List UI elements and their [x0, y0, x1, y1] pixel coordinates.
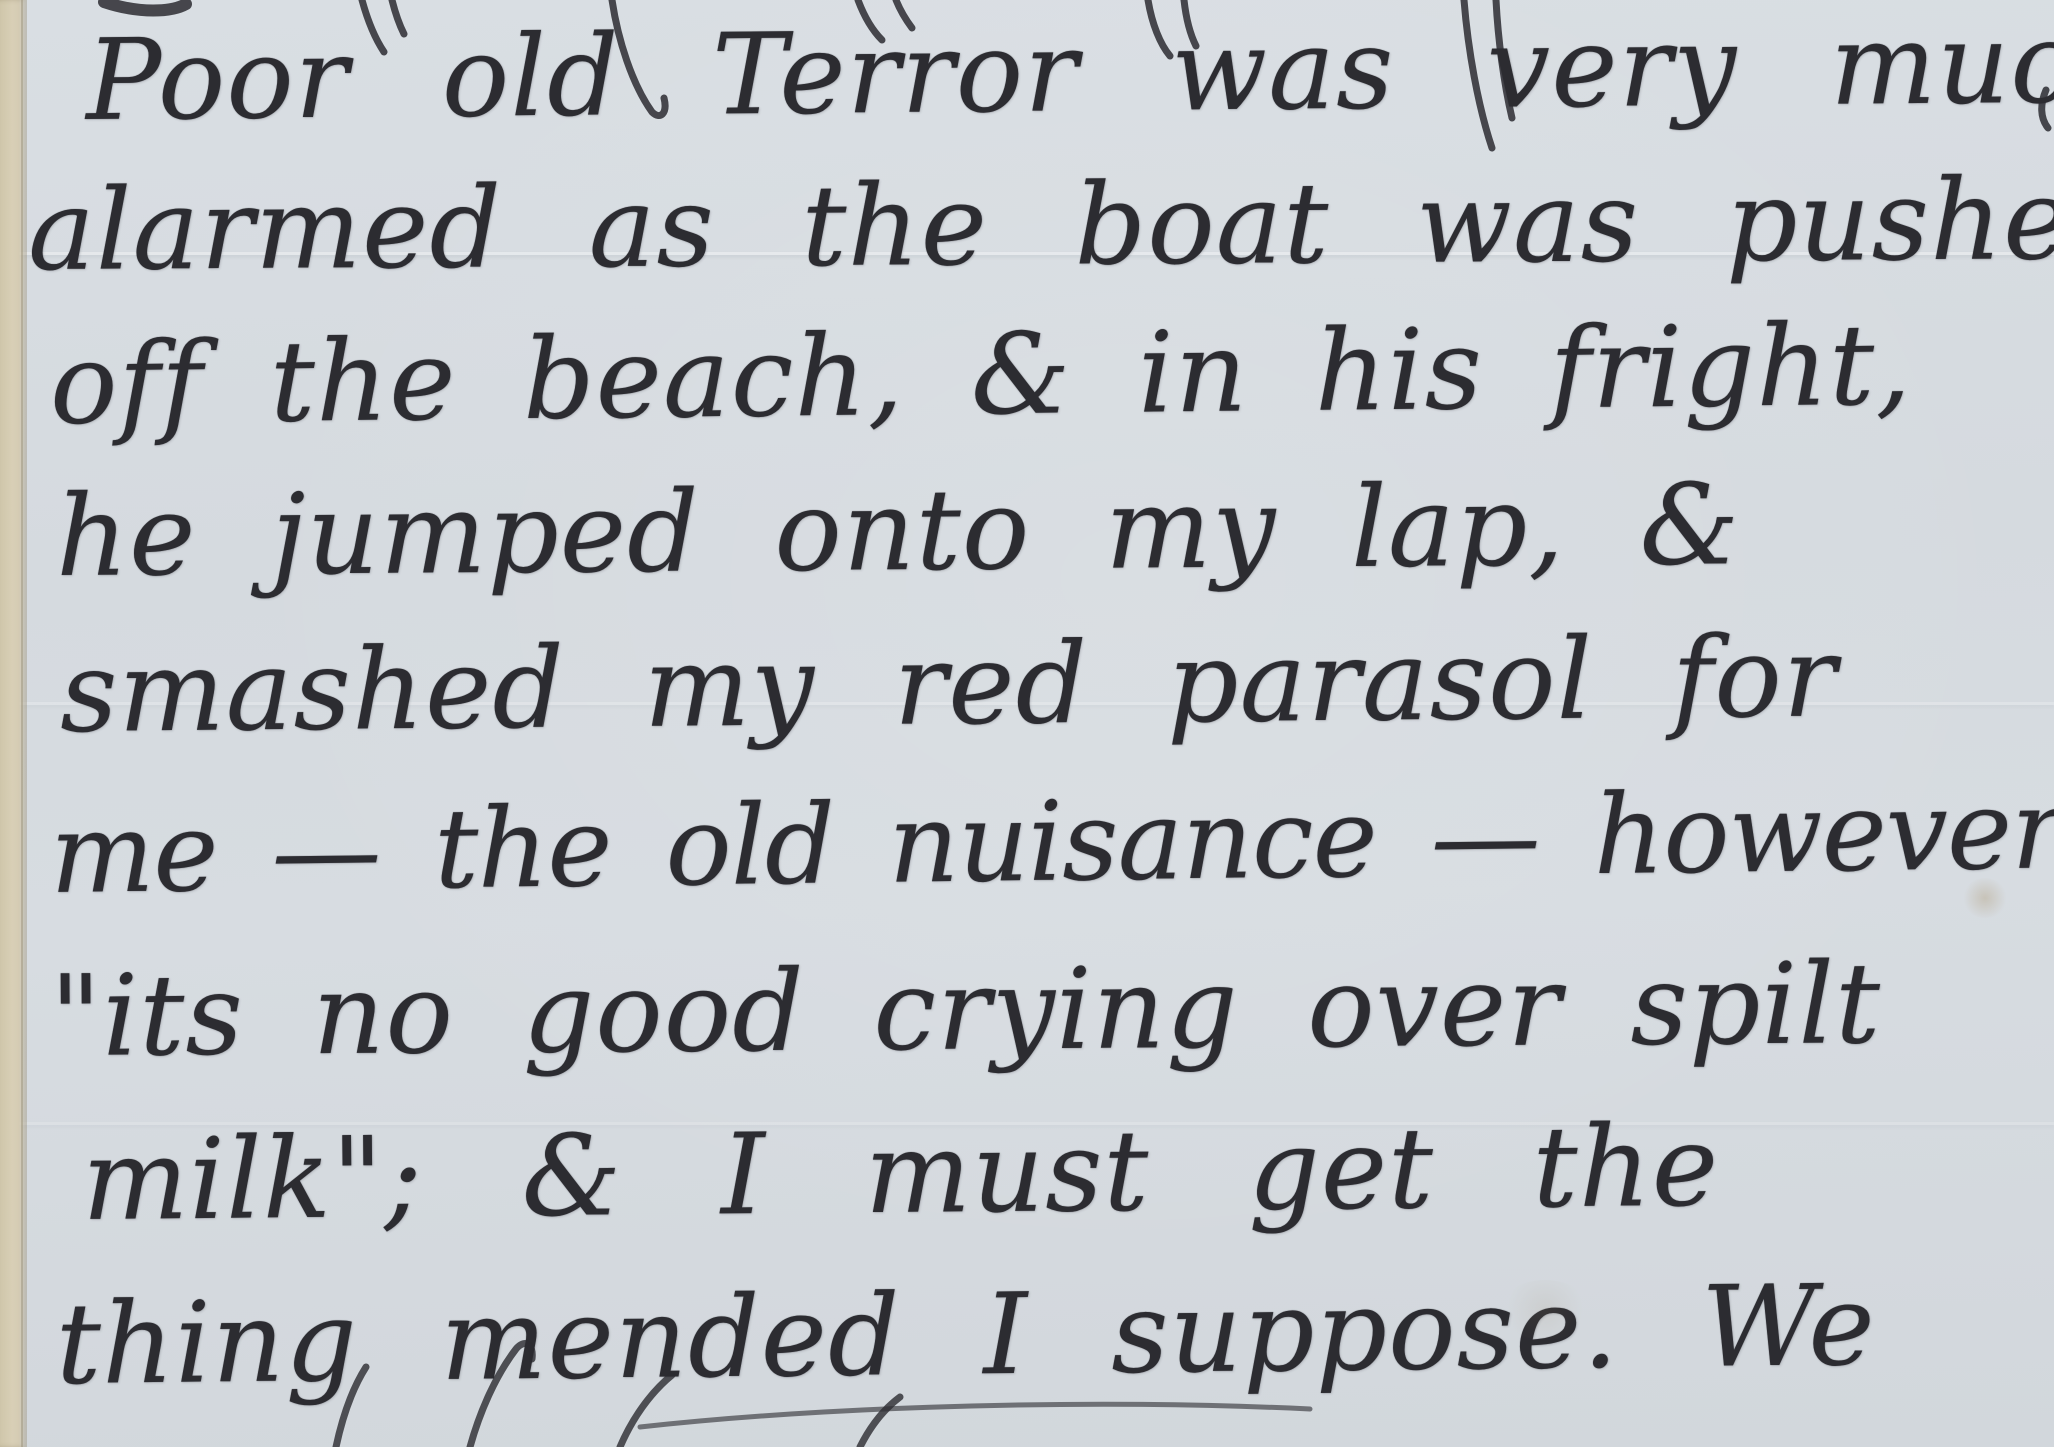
- handwriting-line: smashed my red parasol for: [59, 612, 1837, 758]
- handwriting-line: me — the old nuisance — however: [49, 765, 2054, 918]
- letter-page: Poor old Terror was very much alarmed as…: [0, 0, 2054, 1447]
- handwriting-line: alarmed as the boat was pushed: [28, 155, 2054, 296]
- handwriting-line: thing mended I suppose. We: [55, 1261, 1876, 1410]
- page-binding-edge: [0, 0, 27, 1447]
- handwriting-line: off the beach, & in his fright,: [49, 301, 1912, 450]
- handwriting-line: milk"; & I must get the: [81, 1102, 1719, 1246]
- handwriting-line: Poor old Terror was very much: [85, 0, 2054, 146]
- handwriting-line: "its no good crying over spilt: [50, 939, 1882, 1082]
- handwriting-line: he jumped onto my lap, &: [56, 460, 1741, 602]
